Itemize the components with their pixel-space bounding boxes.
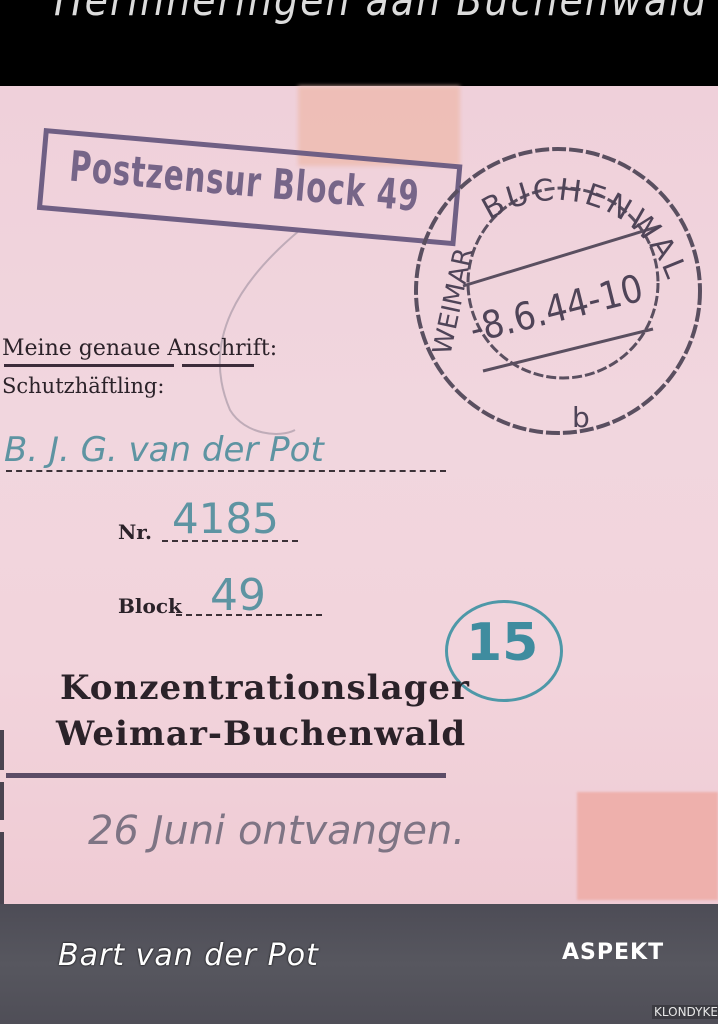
postmark-stamp: BUCHENWALD WEIMAR -8.6.44-10 b — [398, 141, 704, 441]
circled-number-value: 15 — [466, 613, 538, 673]
edge-mark — [0, 782, 4, 820]
block-value: 49 — [210, 570, 266, 621]
stain — [577, 792, 718, 900]
prisoner-label: Schutzhäftling: — [2, 374, 164, 398]
block-label: Block — [118, 594, 182, 618]
dotted-line — [6, 470, 446, 472]
svg-text:WEIMAR: WEIMAR — [428, 245, 480, 357]
address-heading: Meine genaue Anschrift: — [2, 336, 277, 361]
edge-mark — [0, 730, 4, 770]
pencil-arc — [200, 220, 320, 440]
series-title: Herinneringen aan Buchenwald — [54, 0, 674, 25]
prisoner-name: B. J. G. van der Pot — [4, 430, 324, 470]
edge-mark — [0, 832, 4, 904]
camp-name-line2: Weimar-Buchenwald — [56, 714, 466, 754]
underline — [182, 364, 254, 367]
handwritten-note: 26 Juni ontvangen. — [88, 808, 465, 854]
camp-name-line1: Konzentrationslager — [60, 668, 470, 708]
top-band: Herinneringen aan Buchenwald — [0, 0, 718, 86]
number-label: Nr. — [118, 520, 152, 544]
watermark: KLONDYKE.NL — [652, 1005, 718, 1019]
underline — [4, 364, 174, 367]
number-value: 4185 — [172, 494, 279, 543]
svg-text:b: b — [572, 401, 590, 434]
publisher-name: ASPEKT — [562, 940, 664, 965]
author-name: Bart van der Pot — [58, 938, 319, 973]
divider-line — [6, 773, 446, 778]
svg-text:BUCHENWALD: BUCHENWALD — [398, 141, 694, 286]
